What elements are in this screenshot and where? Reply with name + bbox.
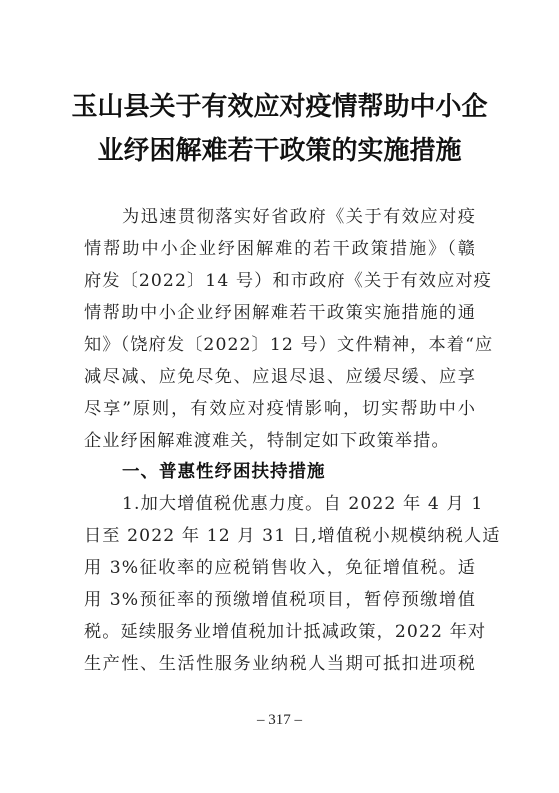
intro-line: 为迅速贯彻落实好省政府《关于有效应对疫 [122, 206, 476, 228]
intro-line: 尽享”原则，有效应对疫情影响，切实帮助中小 [84, 398, 476, 420]
item-line: 日至 2022 年 12 月 31 日,增值税小规模纳税人适 [84, 525, 476, 547]
document-title-line-2: 业纾困解难若干政策的实施措施 [0, 136, 559, 166]
intro-line: 情帮助中小企业纾困解难若干政策实施措施的通 [84, 302, 476, 324]
item-line: 税。延续服务业增值税加计抵减政策，2022 年对 [84, 621, 476, 643]
intro-line: 知》（饶府发〔2022〕12 号）文件精神，本着“应 [84, 334, 476, 356]
intro-line: 府发〔2022〕14 号）和市政府《关于有效应对疫 [84, 270, 476, 292]
intro-line: 情帮助中小企业纾困解难的若干政策措施》（赣 [84, 238, 476, 260]
section-heading: 一、普惠性纾困扶持措施 [122, 461, 326, 483]
item-line: 用 3%预征率的预缴增值税项目，暂停预缴增值 [84, 589, 476, 611]
intro-line: 企业纾困解难渡难关，特制定如下政策举措。 [84, 430, 476, 452]
item-line: 用 3%征收率的应税销售收入，免征增值税。适 [84, 557, 476, 579]
page-number: – 317 – [0, 712, 559, 729]
item-line: 1.加大增值税优惠力度。自 2022 年 4 月 1 [122, 493, 476, 515]
document-page: 玉山县关于有效应对疫情帮助中小企 业纾困解难若干政策的实施措施 为迅速贯彻落实好… [0, 0, 559, 793]
item-line: 生产性、生活性服务业纳税人当期可抵扣进项税 [84, 653, 476, 675]
intro-line: 减尽减、应免尽免、应退尽退、应缓尽缓、应享 [84, 366, 476, 388]
document-title-line-1: 玉山县关于有效应对疫情帮助中小企 [0, 92, 559, 122]
